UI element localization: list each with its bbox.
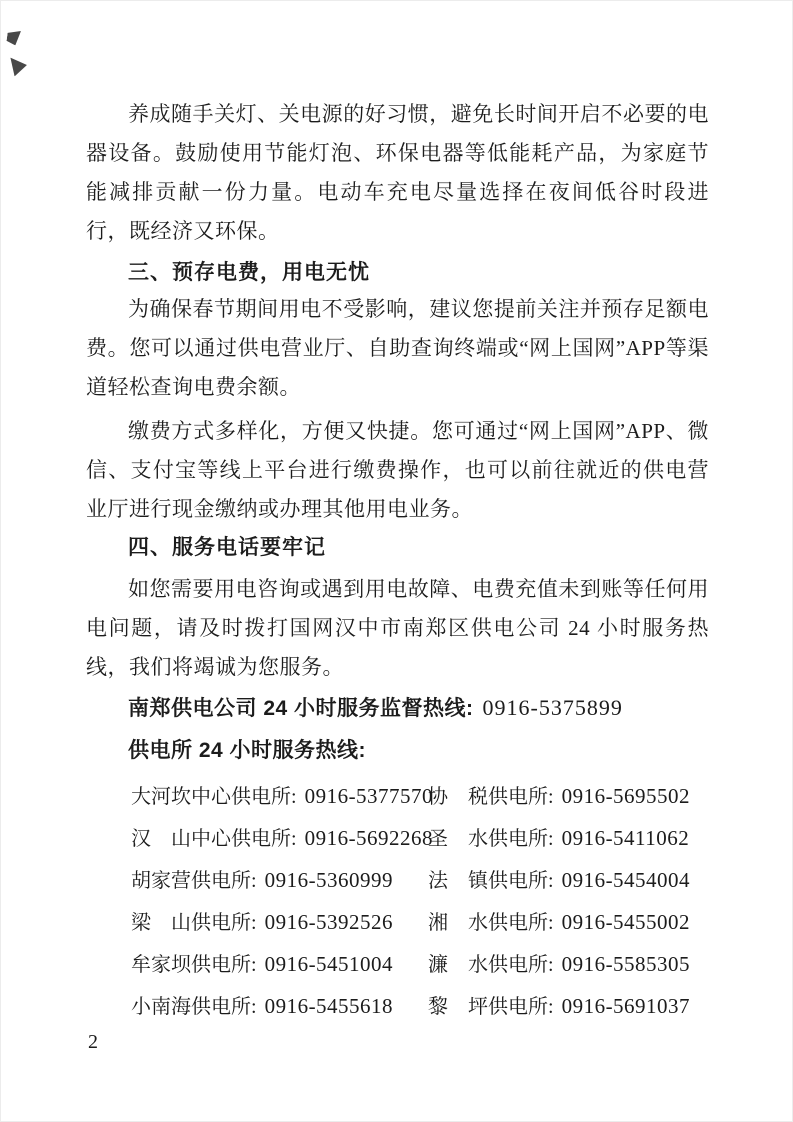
station-phone: 0916-5691037 — [562, 994, 691, 1018]
paragraph-energy-saving: 养成随手关灯、关电源的好习惯，避免长时间开启不必要的电器设备。鼓励使用节能灯泡、… — [86, 95, 709, 251]
station-name: 牟家坝供电所: — [131, 954, 257, 976]
table-row: 牟家坝供电所:0916-5451004 濂 水供电所:0916-5585305 — [86, 944, 709, 986]
table-row: 小南海供电所:0916-5455618 黎 坪供电所:0916-5691037 — [86, 986, 709, 1028]
table-row: 大河坎中心供电所:0916-5377570 协 税供电所:0916-569550… — [86, 776, 709, 818]
page-number: 2 — [88, 1031, 98, 1054]
station-phone: 0916-5360999 — [265, 868, 394, 892]
paragraph-prepay-check: 为确保春节期间用电不受影响，建议您提前关注并预存足额电费。您可以通过供电营业厅、… — [86, 290, 709, 407]
station-name: 黎 坪供电所: — [428, 996, 554, 1018]
station-phone: 0916-5692268 — [305, 826, 434, 850]
station-entry: 协 税供电所:0916-5695502 — [428, 776, 709, 818]
station-hotline-heading: 供电所 24 小时服务热线: — [86, 731, 709, 770]
station-name: 协 税供电所: — [428, 786, 554, 808]
station-name: 汉 山中心供电所: — [131, 828, 297, 850]
section-heading-service-phone: 四、服务电话要牢记 — [86, 528, 709, 567]
table-row: 胡家营供电所:0916-5360999 法 镇供电所:0916-5454004 — [86, 860, 709, 902]
station-entry: 法 镇供电所:0916-5454004 — [428, 860, 709, 902]
paragraph-service-intro: 如您需要用电咨询或遇到用电故障、电费充值未到账等任何用电问题，请及时拨打国网汉中… — [86, 570, 709, 687]
station-entry: 黎 坪供电所:0916-5691037 — [428, 986, 709, 1028]
station-phone: 0916-5392526 — [265, 910, 394, 934]
station-entry: 汉 山中心供电所:0916-5692268 — [131, 818, 428, 860]
station-phone: 0916-5377570 — [305, 784, 434, 808]
paragraph-payment-methods: 缴费方式多样化，方便又快捷。您可通过“网上国网”APP、微信、支付宝等线上平台进… — [86, 412, 709, 529]
station-phone: 0916-5455002 — [562, 910, 691, 934]
station-phone: 0916-5455618 — [265, 994, 394, 1018]
station-entry: 圣 水供电所:0916-5411062 — [428, 818, 709, 860]
station-phone: 0916-5695502 — [562, 784, 691, 808]
station-entry: 湘 水供电所:0916-5455002 — [428, 902, 709, 944]
station-phone-table: 大河坎中心供电所:0916-5377570 协 税供电所:0916-569550… — [86, 776, 709, 1028]
supervision-hotline-line: 南郑供电公司 24 小时服务监督热线:0916-5375899 — [86, 688, 709, 728]
station-name: 圣 水供电所: — [428, 828, 554, 850]
station-name: 大河坎中心供电所: — [131, 786, 297, 808]
station-phone: 0916-5411062 — [562, 826, 690, 850]
station-entry: 大河坎中心供电所:0916-5377570 — [131, 776, 428, 818]
station-phone: 0916-5585305 — [562, 952, 691, 976]
station-entry: 小南海供电所:0916-5455618 — [131, 986, 428, 1028]
supervision-hotline-label: 南郑供电公司 24 小时服务监督热线: — [128, 697, 474, 720]
station-phone: 0916-5451004 — [265, 952, 394, 976]
station-name: 湘 水供电所: — [428, 912, 554, 934]
table-row: 梁 山供电所:0916-5392526 湘 水供电所:0916-5455002 — [86, 902, 709, 944]
table-row: 汉 山中心供电所:0916-5692268 圣 水供电所:0916-541106… — [86, 818, 709, 860]
station-entry: 牟家坝供电所:0916-5451004 — [131, 944, 428, 986]
section-heading-prepay: 三、预存电费，用电无忧 — [86, 253, 709, 292]
station-entry: 胡家营供电所:0916-5360999 — [131, 860, 428, 902]
document-page: 养成随手关灯、关电源的好习惯，避免长时间开启不必要的电器设备。鼓励使用节能灯泡、… — [0, 0, 793, 1122]
station-name: 小南海供电所: — [131, 996, 257, 1018]
station-phone: 0916-5454004 — [562, 868, 691, 892]
station-name: 濂 水供电所: — [428, 954, 554, 976]
station-name: 梁 山供电所: — [131, 912, 257, 934]
supervision-hotline-number: 0916-5375899 — [483, 695, 623, 720]
scan-artifact-mark — [10, 55, 27, 76]
station-name: 胡家营供电所: — [131, 870, 257, 892]
station-hotline-heading-label: 供电所 24 小时服务热线: — [128, 739, 366, 762]
scan-artifact-mark — [6, 29, 21, 46]
station-entry: 濂 水供电所:0916-5585305 — [428, 944, 709, 986]
station-entry: 梁 山供电所:0916-5392526 — [131, 902, 428, 944]
station-name: 法 镇供电所: — [428, 870, 554, 892]
